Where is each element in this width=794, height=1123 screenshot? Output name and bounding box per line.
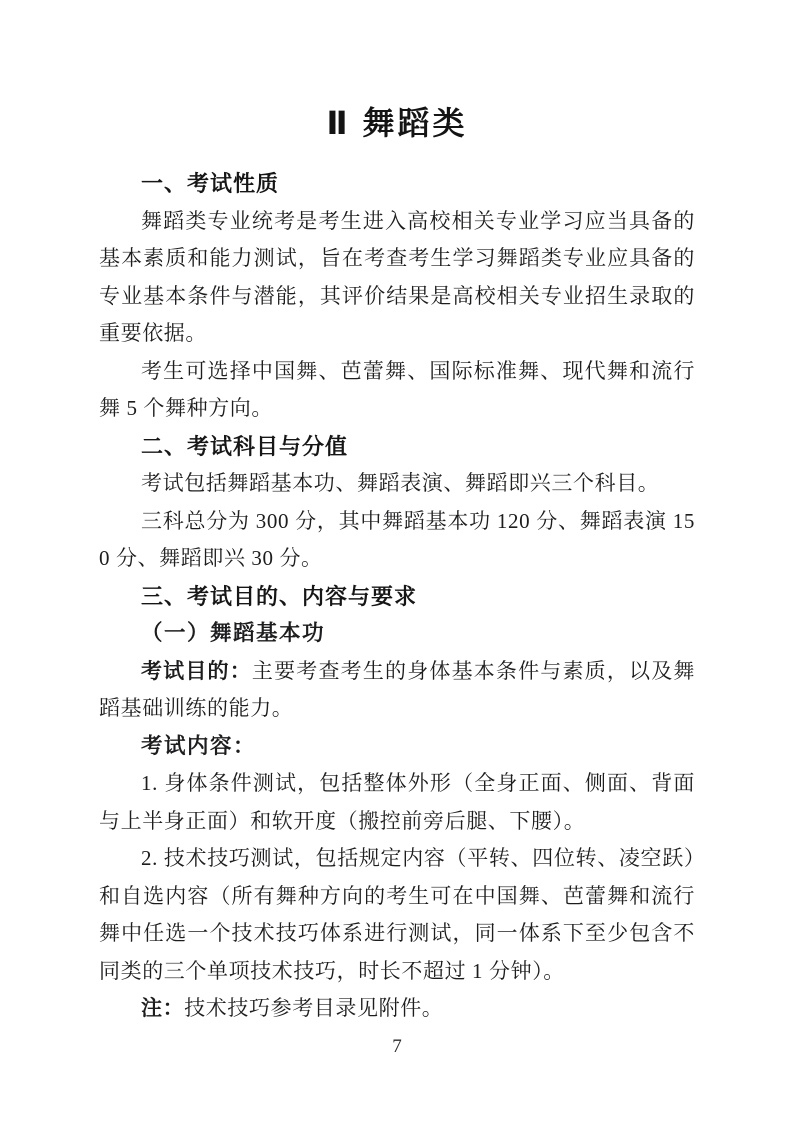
page-title: Ⅱ 舞蹈类 (99, 103, 695, 143)
section-heading-1: 一、考试性质 (99, 165, 695, 203)
exam-content-label: 考试内容： (99, 728, 695, 766)
paragraph-exam-purpose: 考试目的：主要考查考生的身体基本条件与素质，以及舞蹈基础训练的能力。 (99, 653, 695, 728)
paragraph-note: 注：技术技巧参考目录见附件。 (99, 990, 695, 1028)
section-heading-3: 三、考试目的、内容与要求 (99, 578, 695, 616)
subsection-heading-basic-skills: （一）舞蹈基本功 (99, 615, 695, 653)
section-heading-2: 二、考试科目与分值 (99, 428, 695, 466)
page-content: Ⅱ 舞蹈类 一、考试性质 舞蹈类专业统考是考生进入高校相关专业学习应当具备的基本… (99, 0, 695, 1028)
paragraph-dance-directions: 考生可选择中国舞、芭蕾舞、国际标准舞、现代舞和流行舞 5 个舞种方向。 (99, 353, 695, 428)
exam-purpose-label: 考试目的： (141, 659, 252, 683)
note-text: 技术技巧参考目录见附件。 (184, 996, 443, 1020)
paragraph-scores: 三科总分为 300 分，其中舞蹈基本功 120 分、舞蹈表演 150 分、舞蹈即… (99, 503, 695, 578)
paragraph-exam-nature: 舞蹈类专业统考是考生进入高校相关专业学习应当具备的基本素质和能力测试，旨在考查考… (99, 203, 695, 353)
page-number: 7 (0, 1036, 794, 1058)
document-page: Ⅱ 舞蹈类 一、考试性质 舞蹈类专业统考是考生进入高校相关专业学习应当具备的基本… (0, 0, 794, 1123)
note-label: 注： (141, 996, 184, 1020)
paragraph-item-1-body-condition: 1. 身体条件测试，包括整体外形（全身正面、侧面、背面与上半身正面）和软开度（搬… (99, 765, 695, 840)
paragraph-item-2-technical-skills: 2. 技术技巧测试，包括规定内容（平转、四位转、凌空跃）和自选内容（所有舞种方向… (99, 840, 695, 990)
paragraph-subjects: 考试包括舞蹈基本功、舞蹈表演、舞蹈即兴三个科目。 (99, 465, 695, 503)
